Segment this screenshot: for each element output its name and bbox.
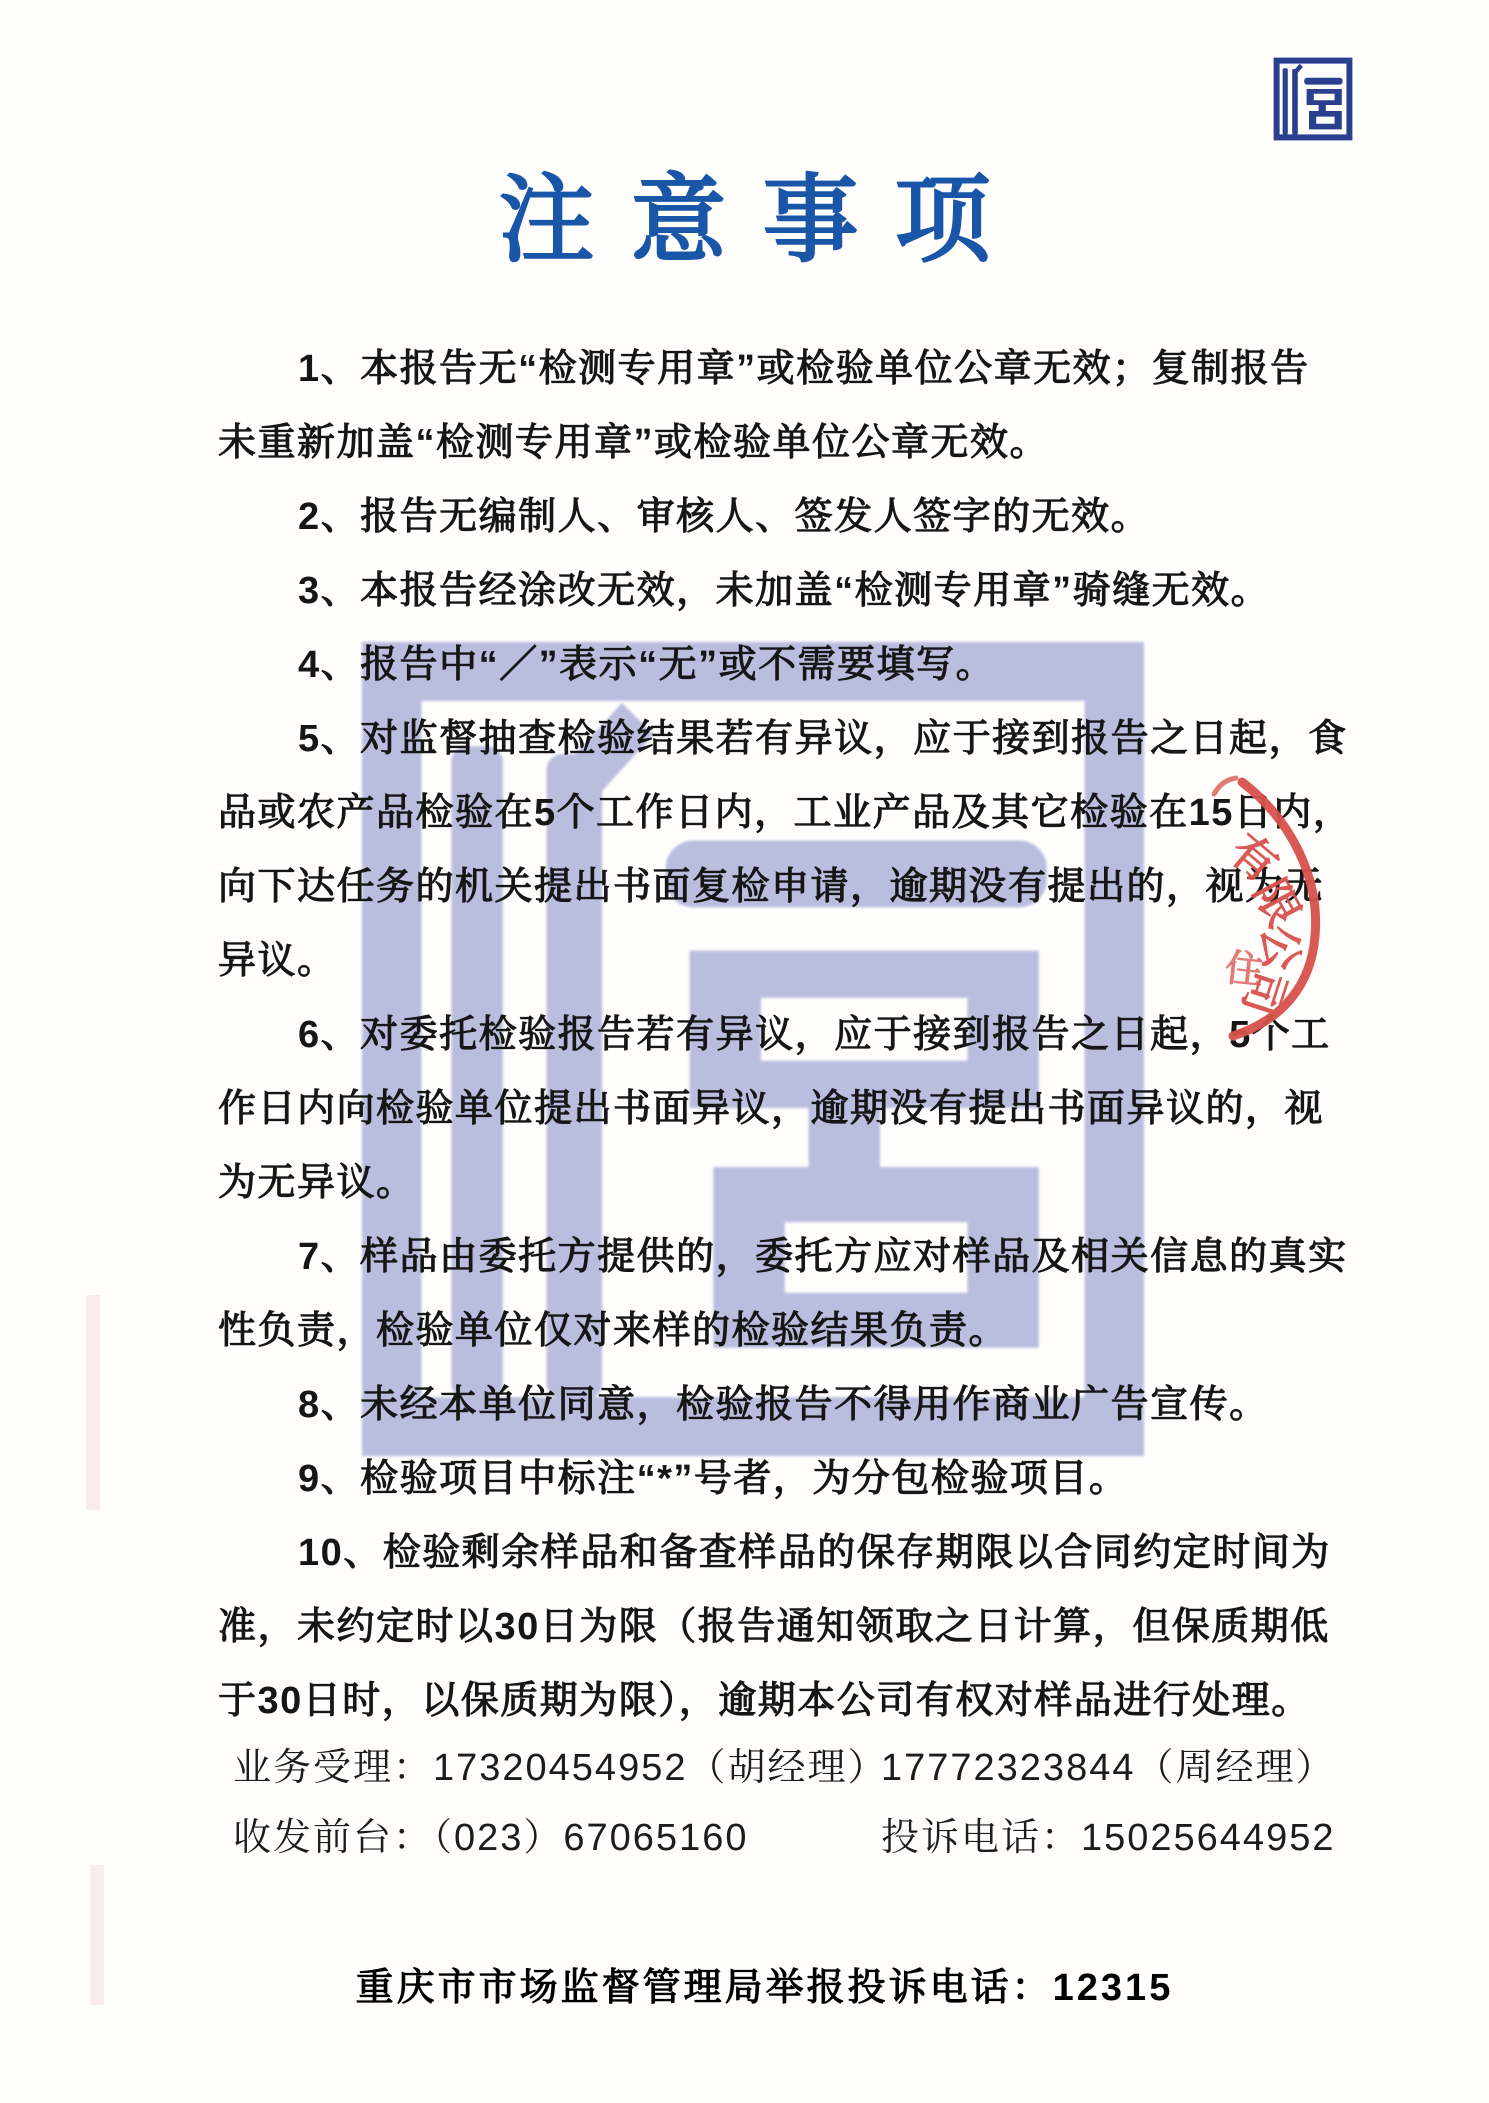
stamp-fragment-char: 住 [1223, 947, 1265, 993]
notice-line: 10、检验剩余样品和备查样品的保存期限以合同约定时间为 [218, 1516, 1338, 1590]
contact-label-left: 收发前台：（023）67065160 [233, 1806, 748, 1861]
notice-line: 作日内向检验单位提出书面异议，逾期没有提出书面异议的，视 [218, 1072, 1338, 1146]
contact-row: 业务受理：17320454952（胡经理）17772323844（周经理） [233, 1736, 1413, 1806]
contact-section: 业务受理：17320454952（胡经理）17772323844（周经理）收发前… [233, 1736, 1413, 1876]
red-company-stamp: 有 限 公 司 住 [1118, 736, 1348, 1046]
notice-line: 1、本报告无“检测专用章”或检验单位公章无效；复制报告 [218, 332, 1338, 406]
contact-label-left: 业务受理：17320454952（胡经理） [233, 1736, 887, 1791]
hotline-footer: 重庆市市场监督管理局举报投诉电话：12315 [0, 1956, 1489, 2011]
contact-row: 收发前台：（023）67065160投诉电话：15025644952 [233, 1806, 1413, 1876]
contact-label-right: 投诉电话：15025644952 [881, 1806, 1335, 1861]
notice-document-page: 注意事项 1、本报告无“检测专用章”或检验单位公章无效；复制报告未重新加盖“检测… [0, 0, 1489, 2103]
notice-line: 7、样品由委托方提供的，委托方应对样品及相关信息的真实 [218, 1220, 1338, 1294]
notice-line: 8、未经本单位同意，检验报告不得用作商业广告宣传。 [218, 1368, 1338, 1442]
notice-line: 性负责，检验单位仅对来样的检验结果负责。 [218, 1294, 1338, 1368]
notice-line: 为无异议。 [218, 1146, 1338, 1220]
page-title: 注意事项 [0, 144, 1489, 281]
notice-line: 于30日时，以保质期为限），逾期本公司有权对样品进行处理。 [218, 1664, 1338, 1738]
notice-line: 准，未约定时以30日为限（报告通知领取之日计算，但保质期低 [218, 1590, 1338, 1664]
contact-label-right: 17772323844（周经理） [881, 1736, 1335, 1791]
scan-artifact [86, 1295, 100, 1510]
notice-line: 2、报告无编制人、审核人、签发人签字的无效。 [218, 480, 1338, 554]
company-seal-logo-icon [1273, 57, 1353, 141]
notice-line: 未重新加盖“检测专用章”或检验单位公章无效。 [218, 406, 1338, 480]
notice-line: 4、报告中“／”表示“无”或不需要填写。 [218, 628, 1338, 702]
notice-line: 3、本报告经涂改无效，未加盖“检测专用章”骑缝无效。 [218, 554, 1338, 628]
notice-line: 9、检验项目中标注“*”号者，为分包检验项目。 [218, 1442, 1338, 1516]
